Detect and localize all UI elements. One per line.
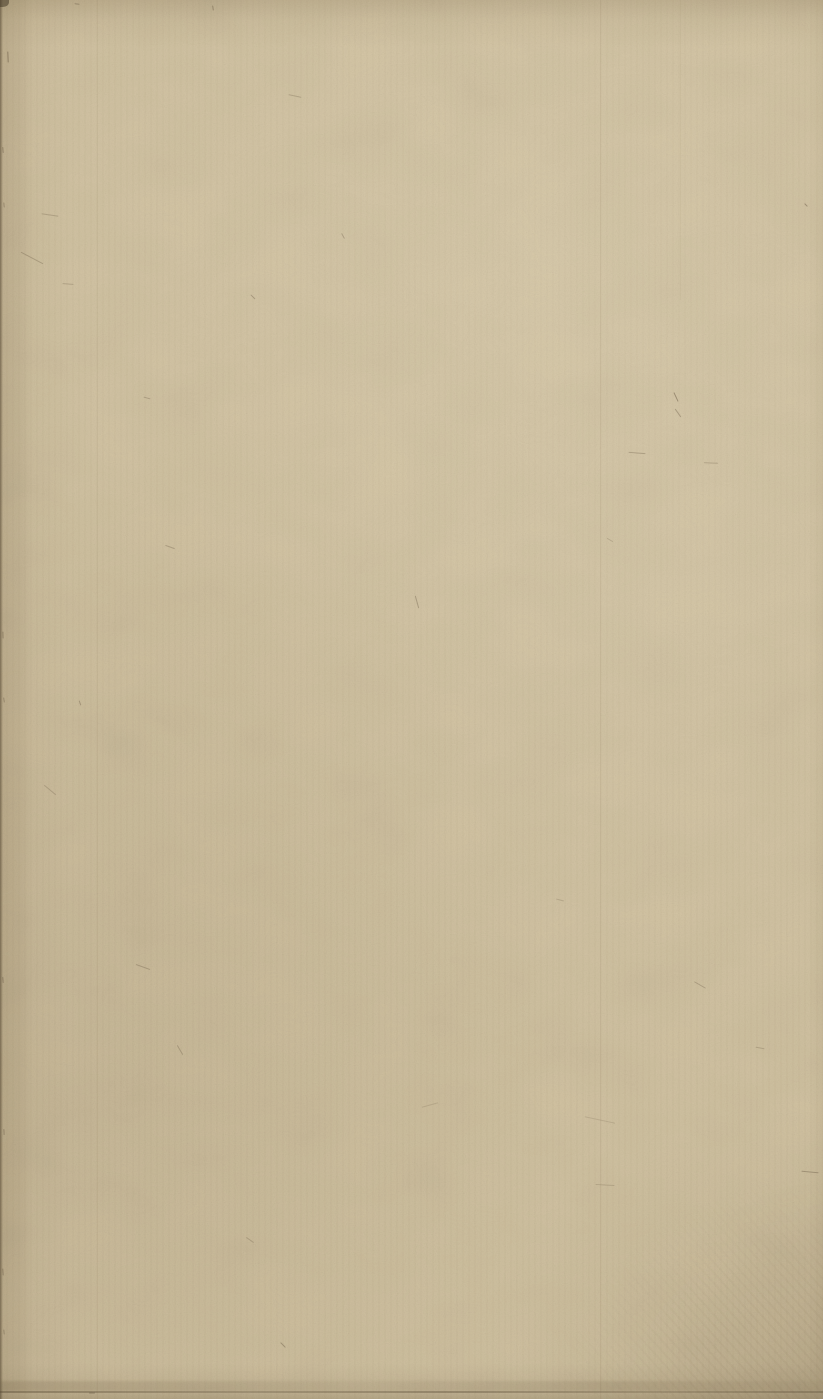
page-left-edge-shadow xyxy=(0,0,3,1399)
paper-crease-line xyxy=(600,0,601,1399)
paper-crease-line xyxy=(680,0,681,300)
paper-fiber xyxy=(75,4,79,5)
scanned-blank-book-page xyxy=(0,0,823,1399)
paper-fiber xyxy=(213,6,214,10)
paper-crease-line xyxy=(97,0,98,1399)
paper-fiber xyxy=(4,698,5,702)
bottom-right-corner-texture xyxy=(553,1169,823,1399)
